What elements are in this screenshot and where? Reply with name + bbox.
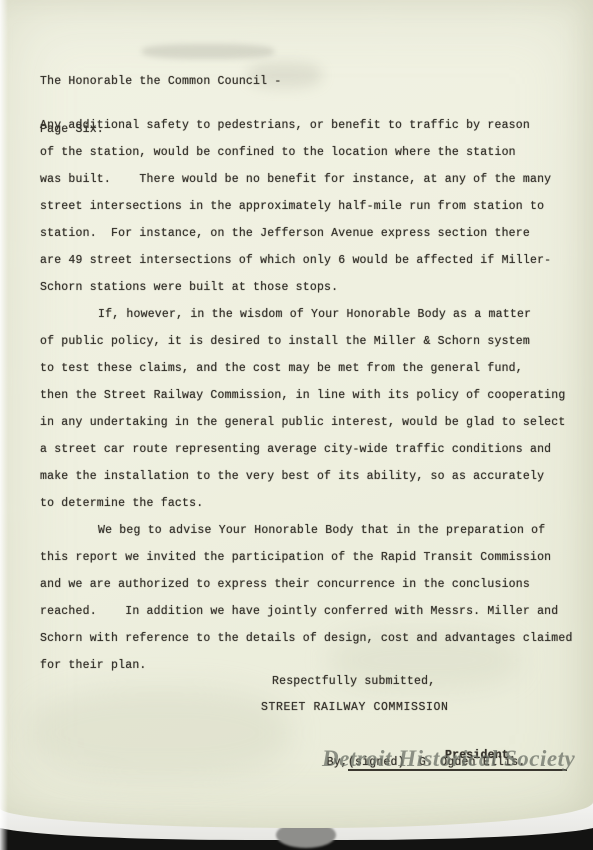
text-line: Any additional safety to pedestrians, or… bbox=[40, 112, 570, 139]
text-line: make the installation to the very best o… bbox=[40, 463, 570, 490]
text-line: was built. There would be no benefit for… bbox=[40, 166, 570, 193]
header-addressee: The Honorable the Common Council - bbox=[40, 74, 281, 90]
text-line: Schorn stations were built at those stop… bbox=[40, 274, 570, 301]
text-line: of public policy, it is desired to insta… bbox=[40, 328, 570, 355]
scan-edge-left bbox=[0, 0, 8, 850]
text-line: to test these claims, and the cost may b… bbox=[40, 355, 570, 382]
closing-respectfully: Respectfully submitted, bbox=[272, 668, 435, 695]
text-line: street intersections in the approximatel… bbox=[40, 193, 570, 220]
text-line: this report we invited the participation… bbox=[40, 544, 570, 571]
paper-stain bbox=[30, 688, 290, 778]
text-line: Schorn with reference to the details of … bbox=[40, 625, 570, 652]
text-line: of the station, would be confined to the… bbox=[40, 139, 570, 166]
text-line: If, however, in the wisdom of Your Honor… bbox=[40, 301, 570, 328]
text-line: are 49 street intersections of which onl… bbox=[40, 247, 570, 274]
watermark-text: Detroit Historical Society bbox=[322, 746, 575, 772]
text-line: reached. In addition we have jointly con… bbox=[40, 598, 570, 625]
letter-body: Any additional safety to pedestrians, or… bbox=[40, 112, 570, 679]
document-page: The Honorable the Common Council - Page … bbox=[0, 0, 593, 828]
text-line: and we are authorized to express their c… bbox=[40, 571, 570, 598]
text-line: to determine the facts. bbox=[40, 490, 570, 517]
text-line: We beg to advise Your Honorable Body tha… bbox=[40, 517, 570, 544]
text-line: then the Street Railway Commission, in l… bbox=[40, 382, 570, 409]
closing-commission: STREET RAILWAY COMMISSION bbox=[261, 694, 449, 721]
text-line: a street car route representing average … bbox=[40, 436, 570, 463]
text-line: station. For instance, on the Jefferson … bbox=[40, 220, 570, 247]
scanned-document: The Honorable the Common Council - Page … bbox=[0, 0, 593, 850]
text-line: in any undertaking in the general public… bbox=[40, 409, 570, 436]
